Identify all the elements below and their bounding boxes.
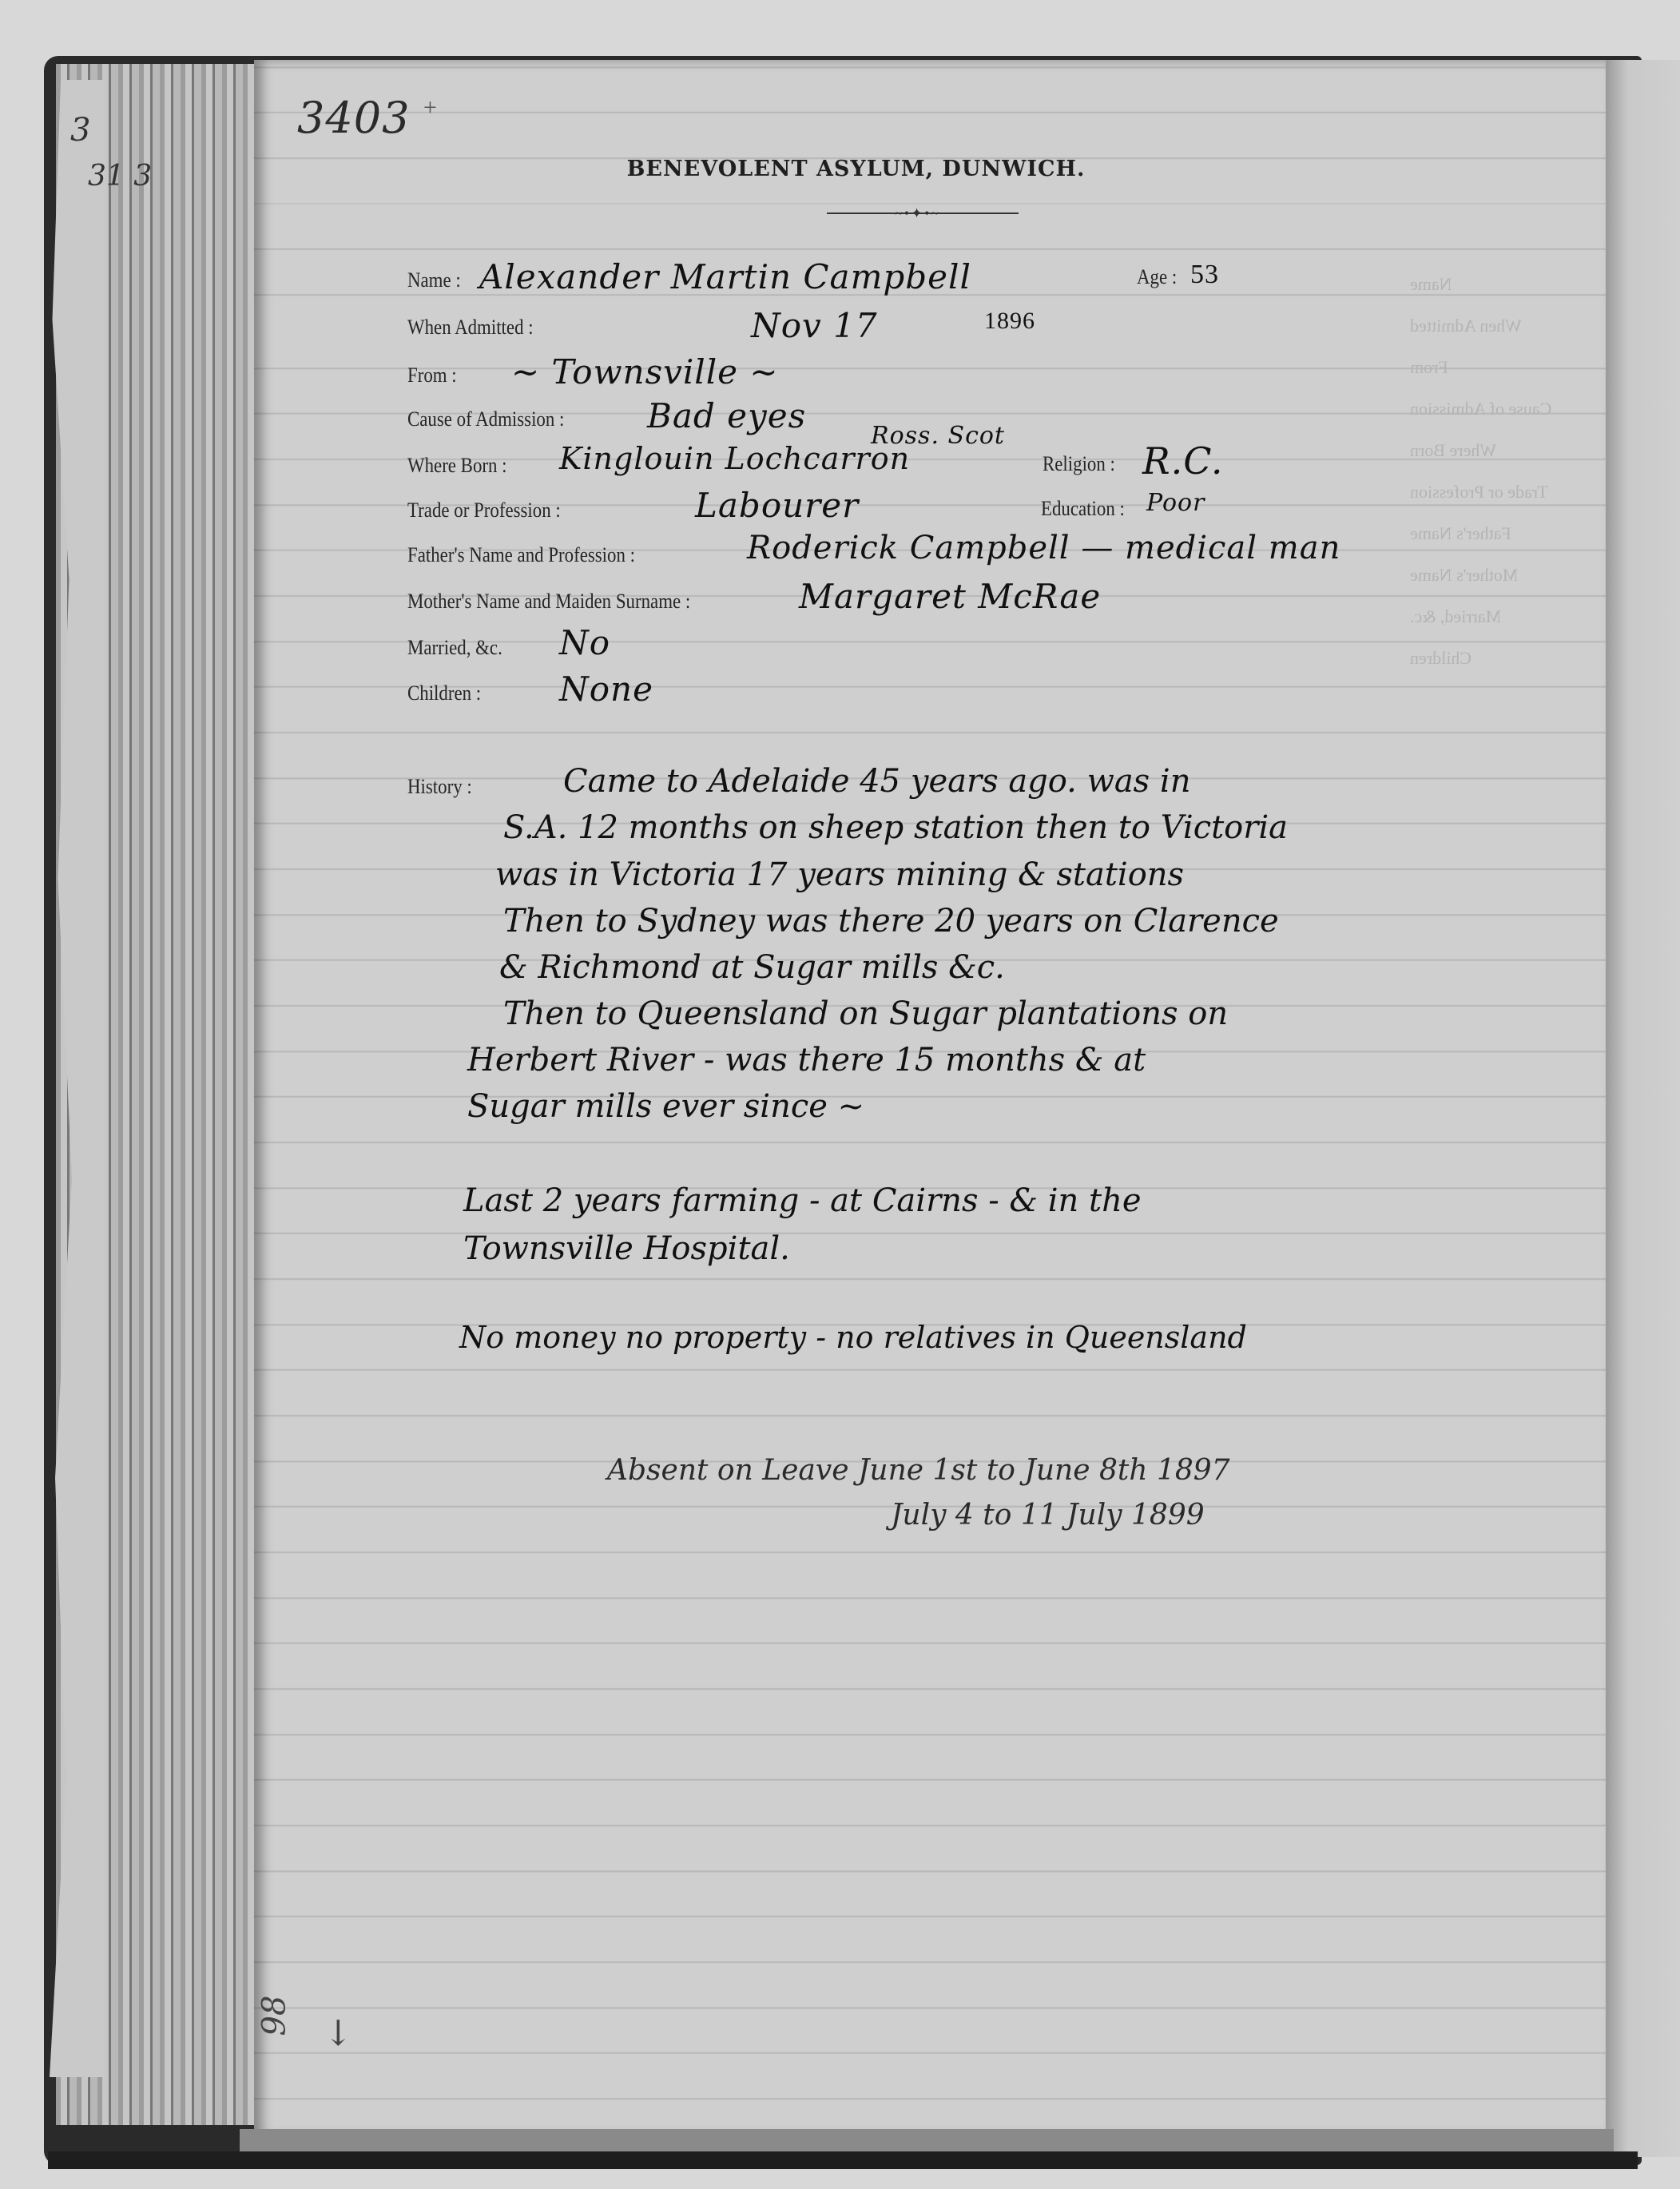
history-label: History :: [407, 775, 472, 799]
book-bottom-cover: [48, 2151, 1638, 2169]
history-line: S.A. 12 months on sheep station then to …: [503, 809, 1288, 846]
pencil-page-number: 98: [256, 1996, 292, 2036]
ghost-label: From: [1410, 347, 1570, 388]
mother-value: Margaret McRae: [799, 577, 1101, 616]
leave-note-2: July 4 to 11 July 1899: [891, 1499, 1205, 1532]
father-value: Roderick Campbell — medical man: [747, 530, 1340, 566]
ghost-label: Mother's Name: [1410, 554, 1570, 596]
page-number-mark: +: [423, 94, 437, 121]
married-value: No: [559, 623, 610, 662]
leave-note-1: Absent on Leave June 1st to June 8th 189…: [607, 1454, 1230, 1487]
history-line: Then to Sydney was there 20 years on Cla…: [503, 903, 1279, 940]
where-born-annotation: Ross. Scot: [871, 422, 1005, 450]
register-page: [254, 60, 1606, 2137]
when-admitted-value: Nov 17: [751, 306, 878, 345]
religion-value: R.C.: [1142, 439, 1223, 483]
from-label: From :: [407, 364, 457, 387]
page-number: 3403: [297, 93, 410, 143]
father-label: Father's Name and Profession :: [407, 543, 635, 567]
facing-page-edge: [1606, 60, 1680, 2157]
education-label: Education :: [1041, 497, 1125, 521]
age-label: Age :: [1137, 265, 1177, 289]
education-value: Poor: [1146, 489, 1205, 517]
name-label: Name :: [407, 268, 461, 292]
from-value: ~ Townsville ~: [511, 352, 779, 391]
when-admitted-label: When Admitted :: [407, 316, 534, 340]
ghost-label: Where Born: [1410, 430, 1570, 471]
show-through-text: Name When Admitted From Cause of Admissi…: [1410, 264, 1570, 679]
title-ornament-icon: ~•✦•~: [895, 205, 940, 222]
when-admitted-year: 1896: [984, 308, 1035, 335]
name-value: Alexander Martin Campbell: [479, 257, 971, 296]
pencil-arrow-icon: ↓: [324, 2013, 353, 2054]
history-line: Sugar mills ever since ~: [467, 1088, 864, 1125]
ghost-label: Children: [1410, 638, 1570, 679]
ghost-label: Cause of Admission: [1410, 388, 1570, 430]
history-line: Townsville Hospital.: [463, 1230, 790, 1267]
history-line: Last 2 years farming - at Cairns - & in …: [463, 1182, 1142, 1219]
history-line: & Richmond at Sugar mills &c.: [499, 949, 1005, 986]
mother-label: Mother's Name and Maiden Surname :: [407, 590, 690, 614]
ghost-label: Married, &c.: [1410, 596, 1570, 638]
age-value: 53: [1190, 260, 1219, 290]
trade-value: Labourer: [695, 486, 859, 525]
page-bottom-edge: [240, 2129, 1614, 2153]
ghost-label: Name: [1410, 264, 1570, 305]
history-line: Herbert River - was there 15 months & at: [467, 1042, 1146, 1079]
history-line: Then to Queensland on Sugar plantations …: [503, 995, 1228, 1032]
cause-value: Bad eyes: [647, 396, 806, 435]
married-label: Married, &c.: [407, 636, 502, 660]
ghost-label: Father's Name: [1410, 513, 1570, 554]
ghost-label: Trade or Profession: [1410, 471, 1570, 513]
children-label: Children :: [407, 681, 481, 705]
history-line: No money no property - no relatives in Q…: [459, 1320, 1247, 1355]
history-line: Came to Adelaide 45 years ago. was in: [563, 763, 1190, 800]
where-born-label: Where Born :: [407, 454, 507, 478]
stack-note-1: 3: [70, 112, 90, 149]
trade-label: Trade or Profession :: [407, 499, 561, 522]
history-line: was in Victoria 17 years mining & statio…: [495, 856, 1184, 893]
children-value: None: [559, 669, 653, 709]
page-title: BENEVOLENT ASYLUM, DUNWICH.: [0, 157, 1680, 181]
where-born-value: Kinglouin Lochcarron: [559, 441, 910, 476]
religion-label: Religion :: [1043, 452, 1115, 476]
cause-label: Cause of Admission :: [407, 407, 564, 431]
ghost-label: When Admitted: [1410, 305, 1570, 347]
